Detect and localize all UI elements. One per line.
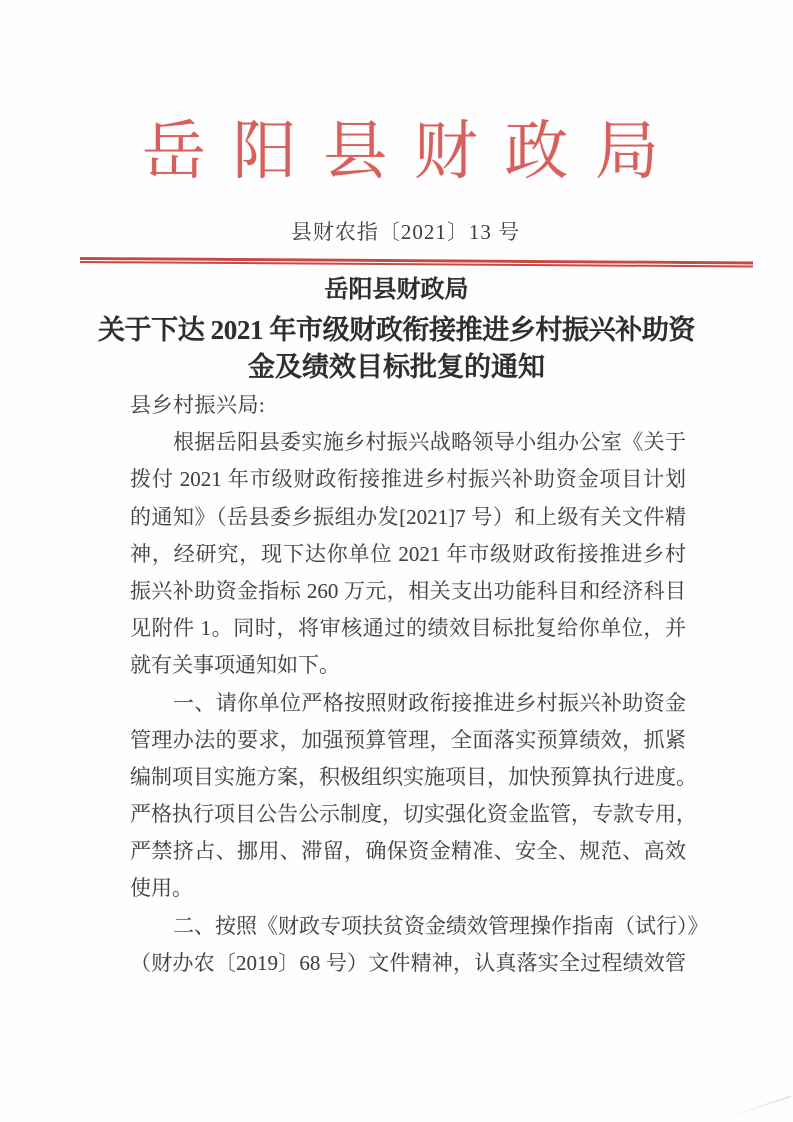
body-line-text: 使用。 (130, 876, 193, 900)
agency-letterhead-title: 岳阳县财政局 (142, 114, 659, 190)
body-line-text: 编制项目实施方案，积极组织实施项目，加快预算执行进度。 (130, 765, 697, 789)
scan-artifact (724, 1095, 791, 1119)
body-line-text: 神，经研究，现下达你单位 2021 年市级财政衔接推进乡村 (130, 542, 686, 566)
body-line: （财办农〔2019〕68 号）文件精神，认真落实全过程绩效管 (130, 945, 686, 982)
body-line-text: 根据岳阳县委实施乡村振兴战略领导小组办公室《关于 (173, 430, 686, 454)
body-lines: 根据岳阳县委实施乡村振兴战略领导小组办公室《关于 拨付 2021 年市级财政衔接… (130, 424, 686, 982)
body-line-text: 的通知》（岳县委乡振组办发[2021]7 号）和上级有关文件精 (130, 505, 686, 529)
body-line: 振兴补助资金指标 260 万元，相关支出功能科目和经济科目 (130, 573, 686, 610)
body-line-text: （财办农〔2019〕68 号）文件精神，认真落实全过程绩效管 (130, 951, 686, 975)
doc-title-line-2: 关于下达 2021 年市级财政衔接推进乡村振兴补助资 (0, 314, 793, 347)
agency-letterhead-char: 岳 (142, 120, 206, 184)
body-line: 严禁挤占、挪用、滞留，确保资金精准、安全、规范、高效 (130, 833, 686, 870)
body-line-text: 管理办法的要求，加强预算管理，全面落实预算绩效，抓紧 (130, 728, 686, 752)
body-line-text: 严格执行项目公告公示制度，切实强化资金监管，专款专用， (130, 802, 697, 826)
body-line: 神，经研究，现下达你单位 2021 年市级财政衔接推进乡村 (130, 536, 686, 573)
body-line: 严格执行项目公告公示制度，切实强化资金监管，专款专用， (130, 796, 686, 833)
body-line: 就有关事项通知如下。 (130, 647, 686, 684)
agency-letterhead-char: 政 (504, 120, 568, 184)
body-line-text: 二、按照《财政专项扶贫资金绩效管理操作指南（试行）》 (173, 914, 709, 938)
body-line: 的通知》（岳县委乡振组办发[2021]7 号）和上级有关文件精 (130, 499, 686, 536)
agency-letterhead-char: 局 (595, 120, 659, 184)
agency-letterhead-char: 阳 (233, 120, 297, 184)
body-line: 根据岳阳县委实施乡村振兴战略领导小组办公室《关于 (130, 424, 686, 461)
recipient-line: 县乡村振兴局: (130, 387, 686, 424)
body-line: 编制项目实施方案，积极组织实施项目，加快预算执行进度。 (130, 759, 686, 796)
body-line: 见附件 1。同时，将审核通过的绩效目标批复给你单位，并 (130, 610, 686, 647)
body-line: 管理办法的要求，加强预算管理，全面落实预算绩效，抓紧 (130, 722, 686, 759)
document-page: 岳阳县财政局 县财农指〔2021〕13 号 岳阳县财政局 关于下达 2021 年… (0, 0, 793, 1122)
body-line-text: 振兴补助资金指标 260 万元，相关支出功能科目和经济科目 (130, 579, 686, 603)
doc-title-line-3: 金及绩效目标批复的通知 (0, 351, 793, 384)
body-line-text: 见附件 1。同时，将审核通过的绩效目标批复给你单位，并 (130, 616, 686, 640)
body-line: 使用。 (130, 870, 686, 907)
agency-letterhead-char: 县 (323, 120, 387, 184)
body-line-text: 拨付 2021 年市级财政衔接推进乡村振兴补助资金项目计划 (130, 467, 686, 491)
document-body: 县乡村振兴局: 根据岳阳县委实施乡村振兴战略领导小组办公室《关于 拨付 2021… (130, 387, 686, 982)
agency-letterhead-char: 财 (414, 120, 478, 184)
body-line: 二、按照《财政专项扶贫资金绩效管理操作指南（试行）》 (130, 908, 686, 945)
body-line-text: 严禁挤占、挪用、滞留，确保资金精准、安全、规范、高效 (130, 839, 686, 863)
body-line-text: 一、请你单位严格按照财政衔接推进乡村振兴补助资金 (173, 691, 686, 715)
body-line: 拨付 2021 年市级财政衔接推进乡村振兴补助资金项目计划 (130, 461, 686, 498)
body-line: 一、请你单位严格按照财政衔接推进乡村振兴补助资金 (130, 685, 686, 722)
body-line-text: 就有关事项通知如下。 (130, 653, 340, 677)
doc-number: 县财农指〔2021〕13 号 (9, 219, 793, 245)
red-divider-rule (80, 257, 753, 267)
doc-title-line-1: 岳阳县财政局 (0, 276, 793, 305)
